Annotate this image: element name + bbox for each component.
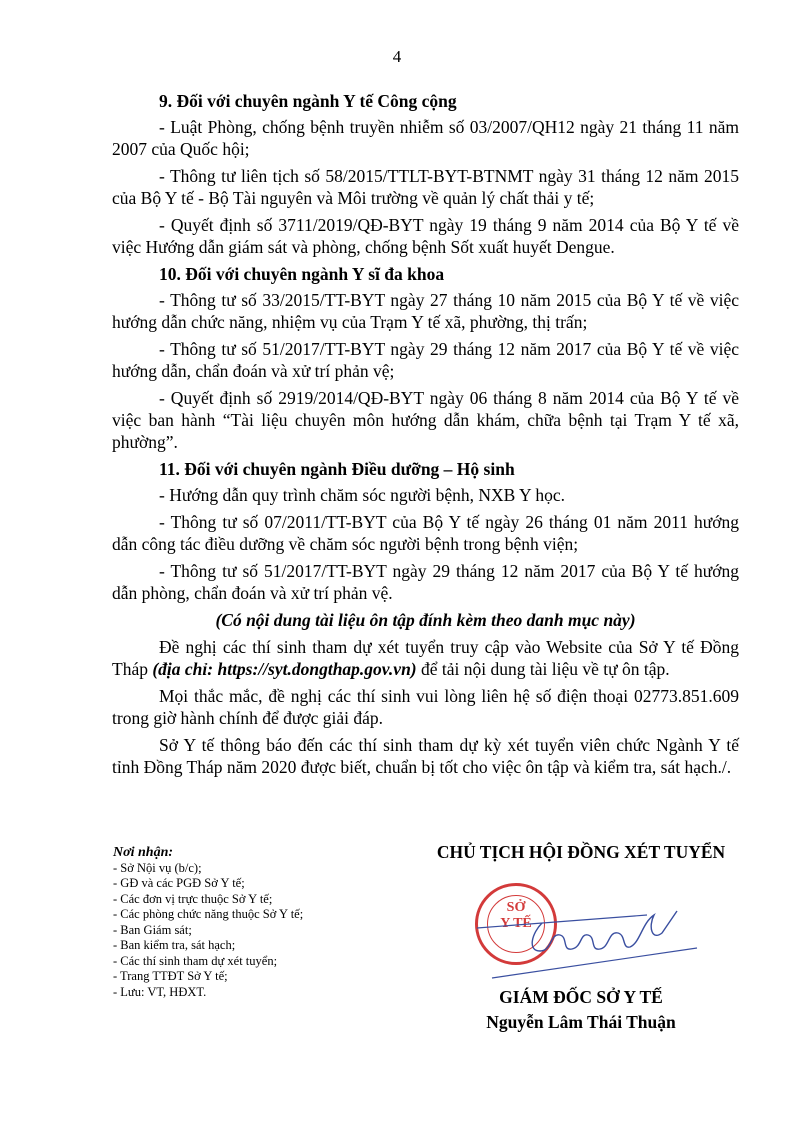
list-item: - Quyết định số 3711/2019/QĐ-BYT ngày 19… — [112, 214, 739, 258]
signature-title: CHỦ TỊCH HỘI ĐỒNG XÉT TUYỂN — [412, 842, 750, 863]
recipient-item: - Sở Nội vụ (b/c); — [113, 861, 303, 877]
closing-paragraph: Sở Y tế thông báo đến các thí sinh tham … — [112, 734, 739, 778]
section-general-physician: 10. Đối với chuyên ngành Y sĩ đa khoa - … — [112, 263, 739, 453]
section-nursing-midwifery: 11. Đối với chuyên ngành Điều dưỡng – Hộ… — [112, 458, 739, 604]
section-heading: 10. Đối với chuyên ngành Y sĩ đa khoa — [112, 263, 739, 285]
list-item: - Thông tư số 07/2011/TT-BYT của Bộ Y tế… — [112, 511, 739, 555]
list-item: - Thông tư số 33/2015/TT-BYT ngày 27 thá… — [112, 289, 739, 333]
page-number: 4 — [0, 47, 794, 67]
recipient-item: - Các đơn vị trực thuộc Sở Y tế; — [113, 892, 303, 908]
website-address-link[interactable]: (địa chỉ: https://syt.dongthap.gov.vn) — [152, 659, 416, 679]
recipients-block: Nơi nhận: - Sở Nội vụ (b/c); - GĐ và các… — [113, 845, 303, 1000]
list-item: - Luật Phòng, chống bệnh truyền nhiễm số… — [112, 116, 739, 160]
signatory-name: Nguyễn Lâm Thái Thuận — [412, 1012, 750, 1033]
section-heading: 11. Đối với chuyên ngành Điều dưỡng – Hộ… — [112, 458, 739, 480]
recipient-item: - Lưu: VT, HĐXT. — [113, 985, 303, 1001]
recipient-item: - Các thí sinh tham dự xét tuyển; — [113, 954, 303, 970]
handwritten-signature-icon — [472, 893, 712, 983]
recipient-item: - Ban kiểm tra, sát hạch; — [113, 938, 303, 954]
website-text-after: để tải nội dung tài liệu về tự ôn tập. — [417, 659, 670, 679]
section-heading: 9. Đối với chuyên ngành Y tế Công cộng — [112, 90, 739, 112]
list-item: - Thông tư liên tịch số 58/2015/TTLT-BYT… — [112, 165, 739, 209]
list-item: - Thông tư số 51/2017/TT-BYT ngày 29 thá… — [112, 560, 739, 604]
attachment-note: (Có nội dung tài liệu ôn tập đính kèm th… — [112, 609, 739, 631]
signatory-position: GIÁM ĐỐC SỞ Y TẾ — [412, 987, 750, 1008]
section-public-health: 9. Đối với chuyên ngành Y tế Công cộng -… — [112, 90, 739, 258]
stamp-and-signature: SỞ Y TẾ — [412, 863, 750, 983]
contact-paragraph: Mọi thắc mắc, đề nghị các thí sinh vui l… — [112, 685, 739, 729]
recipient-item: - Các phòng chức năng thuộc Sở Y tế; — [113, 907, 303, 923]
recipient-item: - Trang TTĐT Sở Y tế; — [113, 969, 303, 985]
signature-block: CHỦ TỊCH HỘI ĐỒNG XÉT TUYỂN SỞ Y TẾ GIÁM… — [412, 842, 750, 1033]
recipients-title: Nơi nhận: — [113, 845, 303, 861]
list-item: - Hướng dẫn quy trình chăm sóc người bện… — [112, 484, 739, 506]
list-item: - Quyết định số 2919/2014/QĐ-BYT ngày 06… — [112, 387, 739, 453]
list-item: - Thông tư số 51/2017/TT-BYT ngày 29 thá… — [112, 338, 739, 382]
website-paragraph: Đề nghị các thí sinh tham dự xét tuyển t… — [112, 636, 739, 680]
recipient-item: - GĐ và các PGĐ Sở Y tế; — [113, 876, 303, 892]
document-body: 9. Đối với chuyên ngành Y tế Công cộng -… — [112, 90, 739, 783]
recipient-item: - Ban Giám sát; — [113, 923, 303, 939]
